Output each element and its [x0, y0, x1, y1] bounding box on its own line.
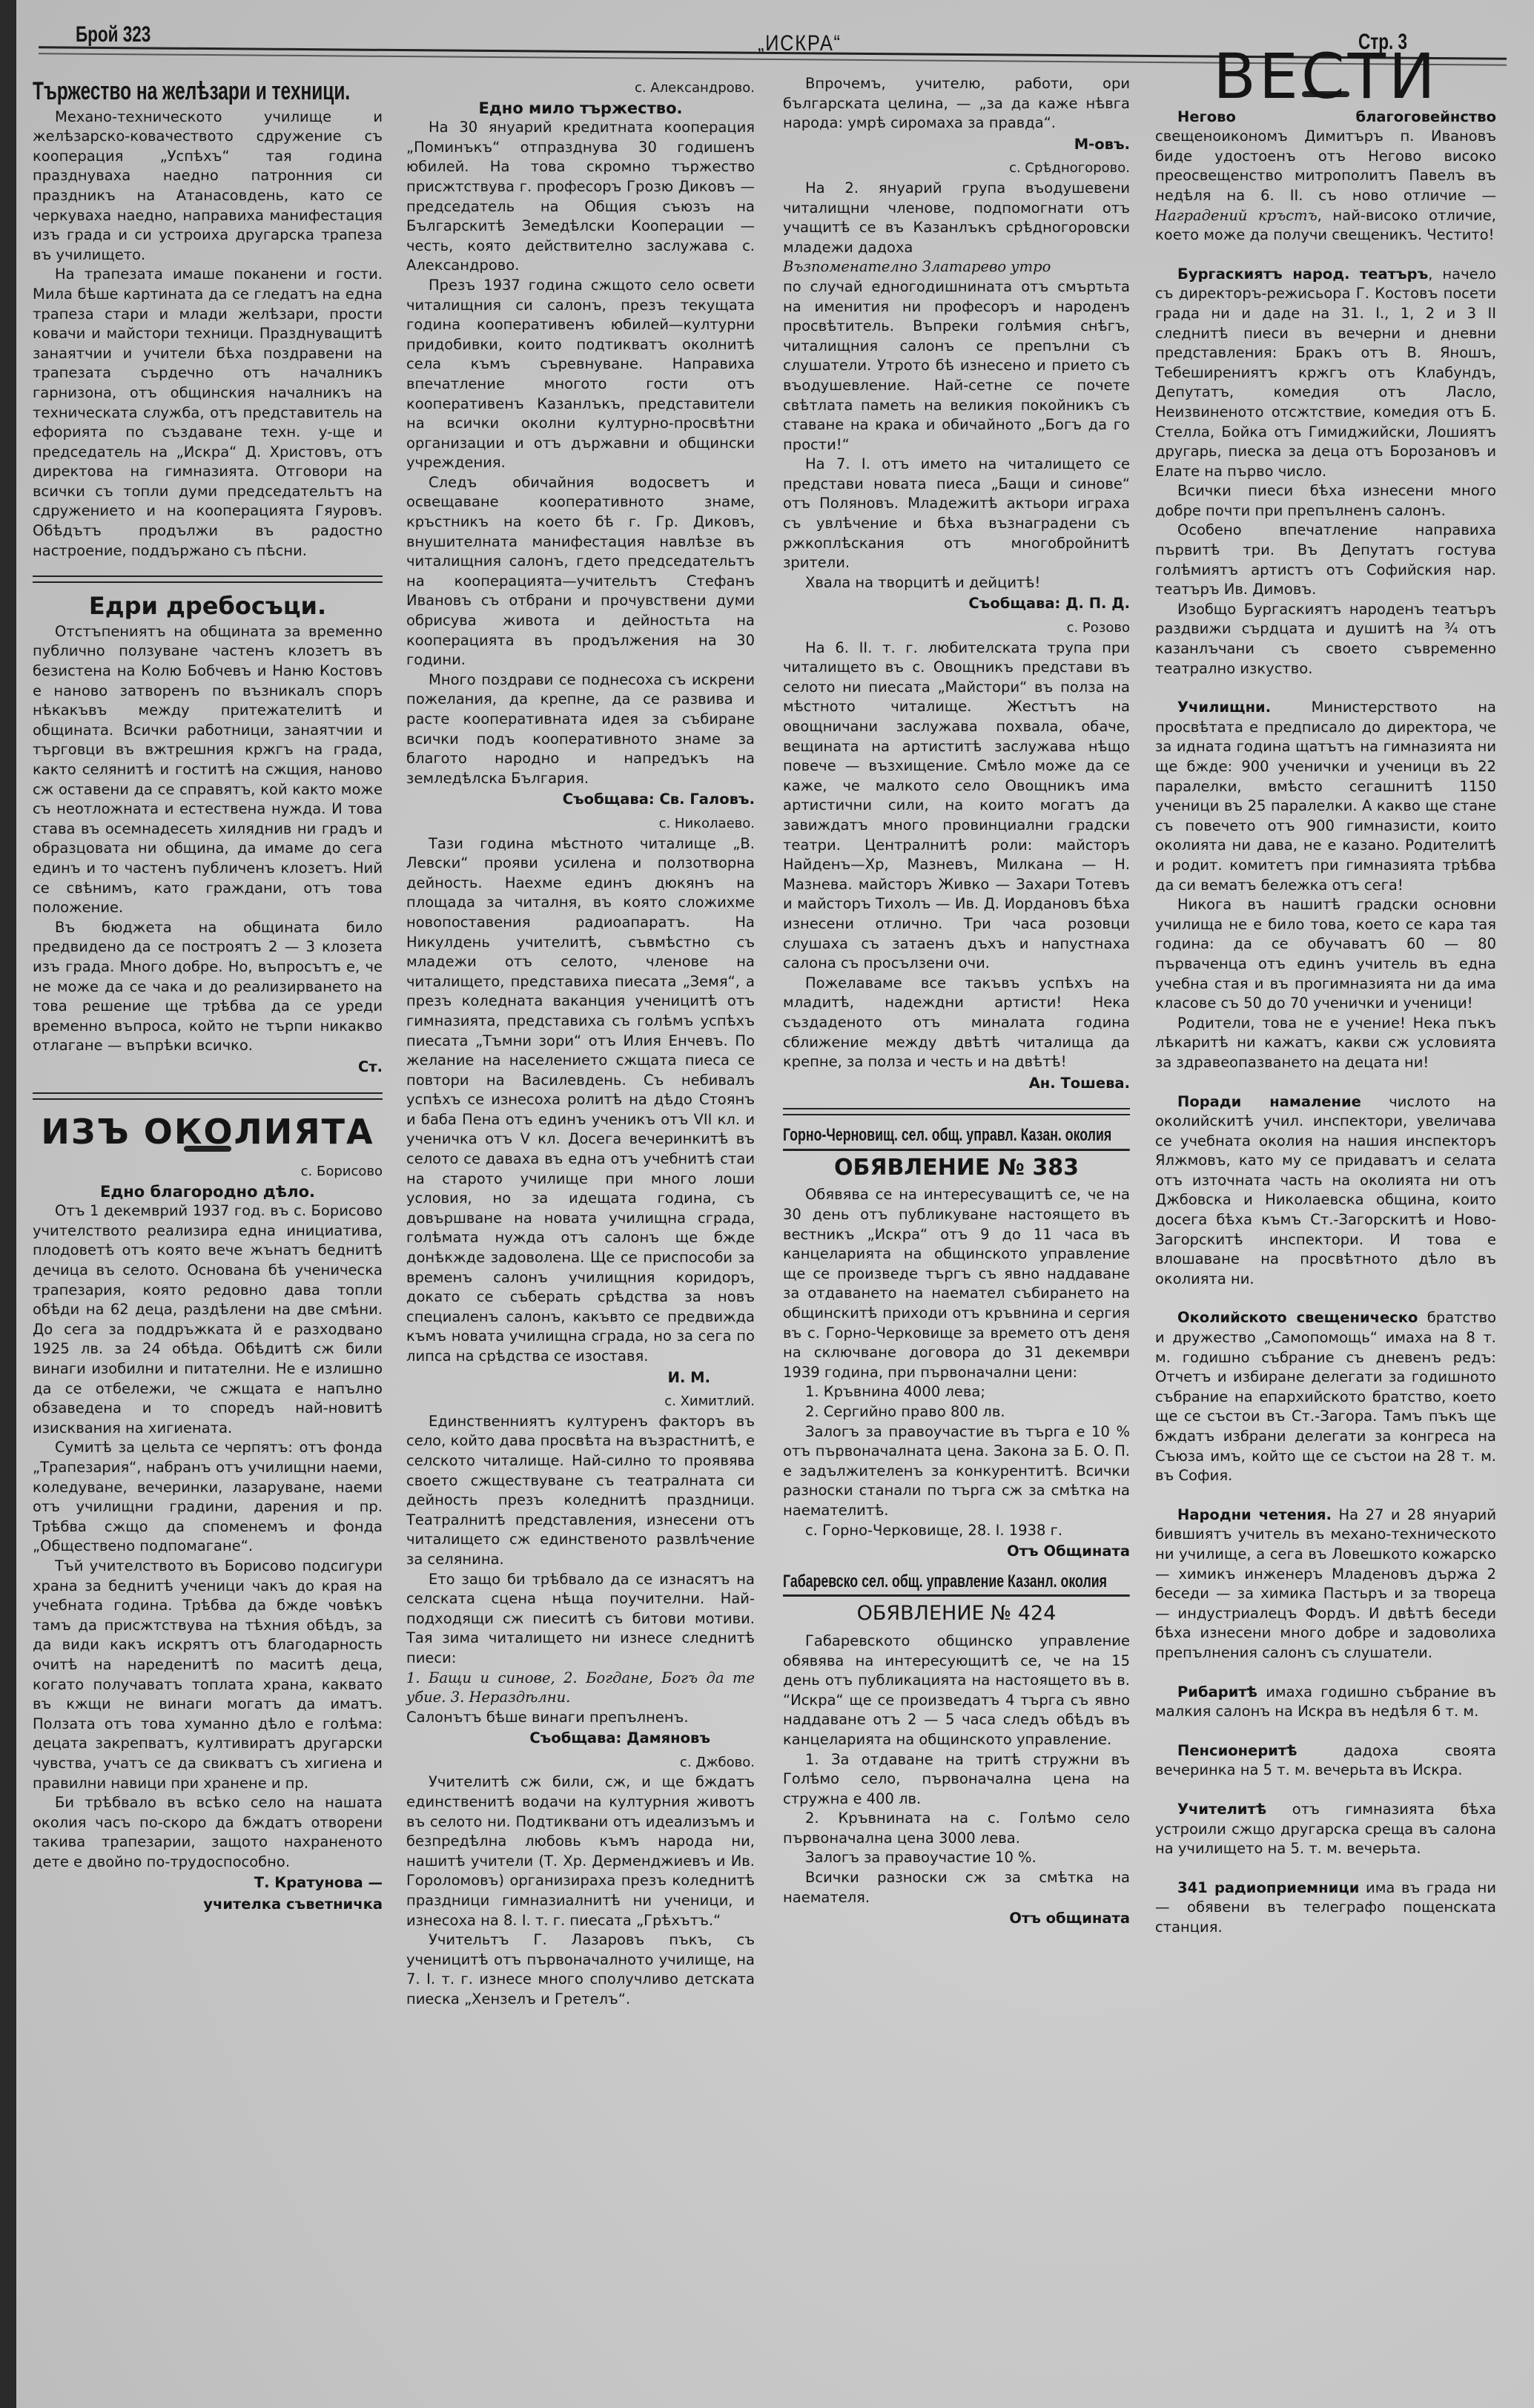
news-item: Бургаскиятъ народ. театъръ, начело съ ди… [1155, 265, 1496, 482]
ad-title: ОБЯВЛЕНИЕ № 424 [783, 1604, 1130, 1624]
article-subtitle: Едно благородно дѣло. [33, 1182, 383, 1202]
article-line: Салонътъ бѣше винаги препълненъ. [406, 1708, 755, 1728]
section-title: ВЕСТИ [1155, 67, 1496, 87]
news-paragraph: Всички пиеси бѣха изнесени много добре п… [1155, 481, 1496, 521]
ad-date: с. Горно-Черковище, 28. I. 1938 г. [783, 1521, 1130, 1541]
article-signature-role: учителка съветничка [33, 1895, 383, 1915]
divider [783, 1108, 1130, 1115]
column-4-news: ВЕСТИ Негово благоговейнство свещеноикон… [1155, 74, 1496, 1937]
dateline: с. Борисово [33, 1162, 383, 1182]
news-paragraph: Изобщо Бургаскиятъ народенъ театъръ разд… [1155, 600, 1496, 679]
article-paragraph: Учительтъ Г. Лазаровъ пъкъ, съ ученицитѣ… [406, 1930, 755, 2009]
ad-paragraph: 2. Кръвнината на с. Голѣмо село първонач… [783, 1809, 1130, 1848]
article-subtitle: Едно мило тържество. [406, 99, 755, 119]
dateline: с. Николаево. [406, 814, 755, 834]
news-paragraph: Особено впечатление направиха първитѣ тр… [1155, 521, 1496, 599]
article-paragraph: На 7. I. отъ името на читалището се пред… [783, 455, 1130, 573]
article-signature: Съобщава: Дамяновъ [406, 1729, 710, 1749]
ad-signature: Отъ Общината [783, 1542, 1130, 1562]
article-paragraph: Единственниятъ културенъ факторъ въ село… [406, 1412, 755, 1570]
dateline: с. Срѣдногорово. [783, 159, 1130, 179]
article-paragraph: Отстъпениятъ на общината за временно пуб… [33, 622, 383, 918]
article-paragraph: Ето защо би трѣбвало да се изнасятъ на с… [406, 1570, 755, 1669]
news-item: Рибаритѣ имаха годишно събрание въ малки… [1155, 1683, 1496, 1722]
news-item: Пенсионеритѣ дадоха своята вечеринка на … [1155, 1741, 1496, 1781]
ad-item: 1. Кръвнина 4000 лева; [783, 1382, 1130, 1402]
dateline: с. Розово [783, 619, 1130, 639]
ad-signature: Отъ общината [783, 1909, 1130, 1929]
article-paragraph: Учителитѣ сж били, сж, и ще бждатъ единс… [406, 1772, 755, 1930]
issue-number: Брой 323 [76, 22, 151, 47]
newspaper-page: Брой 323 „ИСКРА“ Стр. 3 Тържество на жел… [16, 0, 1534, 2408]
news-item: Поради намаление числото на околийскитѣ … [1155, 1092, 1496, 1290]
ad-header: Горно-Черновищ. сел. общ. управл. Казан.… [783, 1126, 1130, 1151]
plays-list: 1. Бащи и синове, 2. Богдане, Богъ да те… [406, 1669, 755, 1708]
news-item: Околийското свещеническо братство и друж… [1155, 1308, 1496, 1485]
italic-title: Възпоменателно Златарево утро [783, 257, 1130, 277]
article-paragraph: Пожелаваме все такъвъ успѣхъ на младитѣ,… [783, 974, 1130, 1072]
article-signature: Съобщава: Св. Галовъ. [406, 790, 755, 810]
dateline: с. Джбово. [406, 1753, 755, 1773]
article-paragraph: Впрочемъ, учителю, работи, ори българска… [783, 74, 1130, 133]
news-paragraph: Никога въ нашитѣ градски основни училища… [1155, 895, 1496, 1014]
column-3: Впрочемъ, учителю, работи, ори българска… [783, 74, 1130, 1929]
article-paragraph: На 2. януарий група въодушевени читалищн… [783, 179, 1130, 257]
article-signature: Ан. Тошева. [783, 1074, 1130, 1094]
column-1: Тържество на желѣзари и техници. Механо-… [33, 74, 383, 1915]
news-item: Училищни. Министерството на просвѣтата е… [1155, 698, 1496, 895]
news-item: Народни четения. На 27 и 28 януарий бивш… [1155, 1505, 1496, 1663]
ad-title: ОБЯВЛЕНИЕ № 383 [783, 1158, 1130, 1178]
article-paragraph: Хвала на творцитѣ и дейцитѣ! [783, 573, 1130, 593]
news-item: Негово благоговейнство свещеноикономъ Ди… [1155, 108, 1496, 245]
article-paragraph: Тъй учителството въ Борисово подсигури х… [33, 1557, 383, 1793]
column-2: с. Александрово. Едно мило тържество. На… [406, 74, 755, 2010]
article-paragraph: На трапезата имаше поканени и гости. Мил… [33, 265, 383, 561]
article-signature: Т. Кратунова — [33, 1873, 383, 1893]
article-signature: М-овъ. [783, 135, 1130, 155]
ad-header: Габаревско сел. общ. управление Казанл. … [783, 1572, 1130, 1597]
article-paragraph: На 6. II. т. г. любителската трупа при ч… [783, 639, 1130, 974]
dateline: с. Александрово. [406, 79, 755, 99]
article-paragraph: Отъ 1 декемврий 1937 год. въ с. Борисово… [33, 1201, 383, 1438]
ad-paragraph: 1. За отдаване на тритѣ стружни въ Голѣм… [783, 1750, 1130, 1810]
section-title: ИЗЪ ОКОЛИЯТА [33, 1122, 383, 1142]
article-title: Едри дребосъци. [33, 596, 383, 616]
article-paragraph: На 30 януарий кредитната кооперация „Пом… [406, 118, 755, 276]
divider [33, 1092, 383, 1100]
article-signature: И. М. [406, 1368, 710, 1388]
article-paragraph: по случай едногодишнината отъ смъртьта н… [783, 277, 1130, 455]
article-paragraph: Сумитѣ за цельта се черпятъ: отъ фонда „… [33, 1438, 383, 1557]
article-paragraph: Въ бюджета на общината било предвидено д… [33, 918, 383, 1056]
news-item: 341 радиоприемници има въ града ни — обя… [1155, 1878, 1496, 1938]
news-item: Учителитѣ отъ гимназията бѣха устроили с… [1155, 1800, 1496, 1859]
article-paragraph: Би трѣбвало въ всѣко село на нашата окол… [33, 1793, 383, 1872]
article-title: Тържество на желѣзари и техници. [33, 82, 285, 102]
dateline: с. Химитлий. [406, 1392, 755, 1412]
article-paragraph: Механо-техническото училище и желѣзарско… [33, 108, 383, 265]
divider [33, 575, 383, 583]
ad-paragraph: Обявява се на интересуващитѣ се, че на 3… [783, 1185, 1130, 1382]
article-paragraph: Тази година мѣстното читалище „В. Левски… [406, 834, 755, 1367]
ad-paragraph: Габаревското общинско управление обявява… [783, 1632, 1130, 1750]
article-paragraph: Много поздрави се поднесоха съ искрени п… [406, 670, 755, 789]
article-paragraph: Презъ 1937 година сжщото село освети чит… [406, 276, 755, 473]
ad-paragraph: Залогъ за правоучастие 10 %. [783, 1848, 1130, 1868]
ad-item: 2. Сергийно право 800 лв. [783, 1402, 1130, 1422]
article-signature: Съобщава: Д. П. Д. [783, 594, 1130, 614]
ad-paragraph: Залогъ за правоучастие въ търга е 10 % о… [783, 1422, 1130, 1521]
ad-paragraph: Всички разноски сж за смѣтка на наемател… [783, 1868, 1130, 1907]
article-signature: Ст. [33, 1058, 383, 1078]
article-paragraph: Следъ обичайния водосветъ и освещаване к… [406, 473, 755, 670]
news-paragraph: Родители, това не е учение! Нека пъкъ лѣ… [1155, 1014, 1496, 1073]
